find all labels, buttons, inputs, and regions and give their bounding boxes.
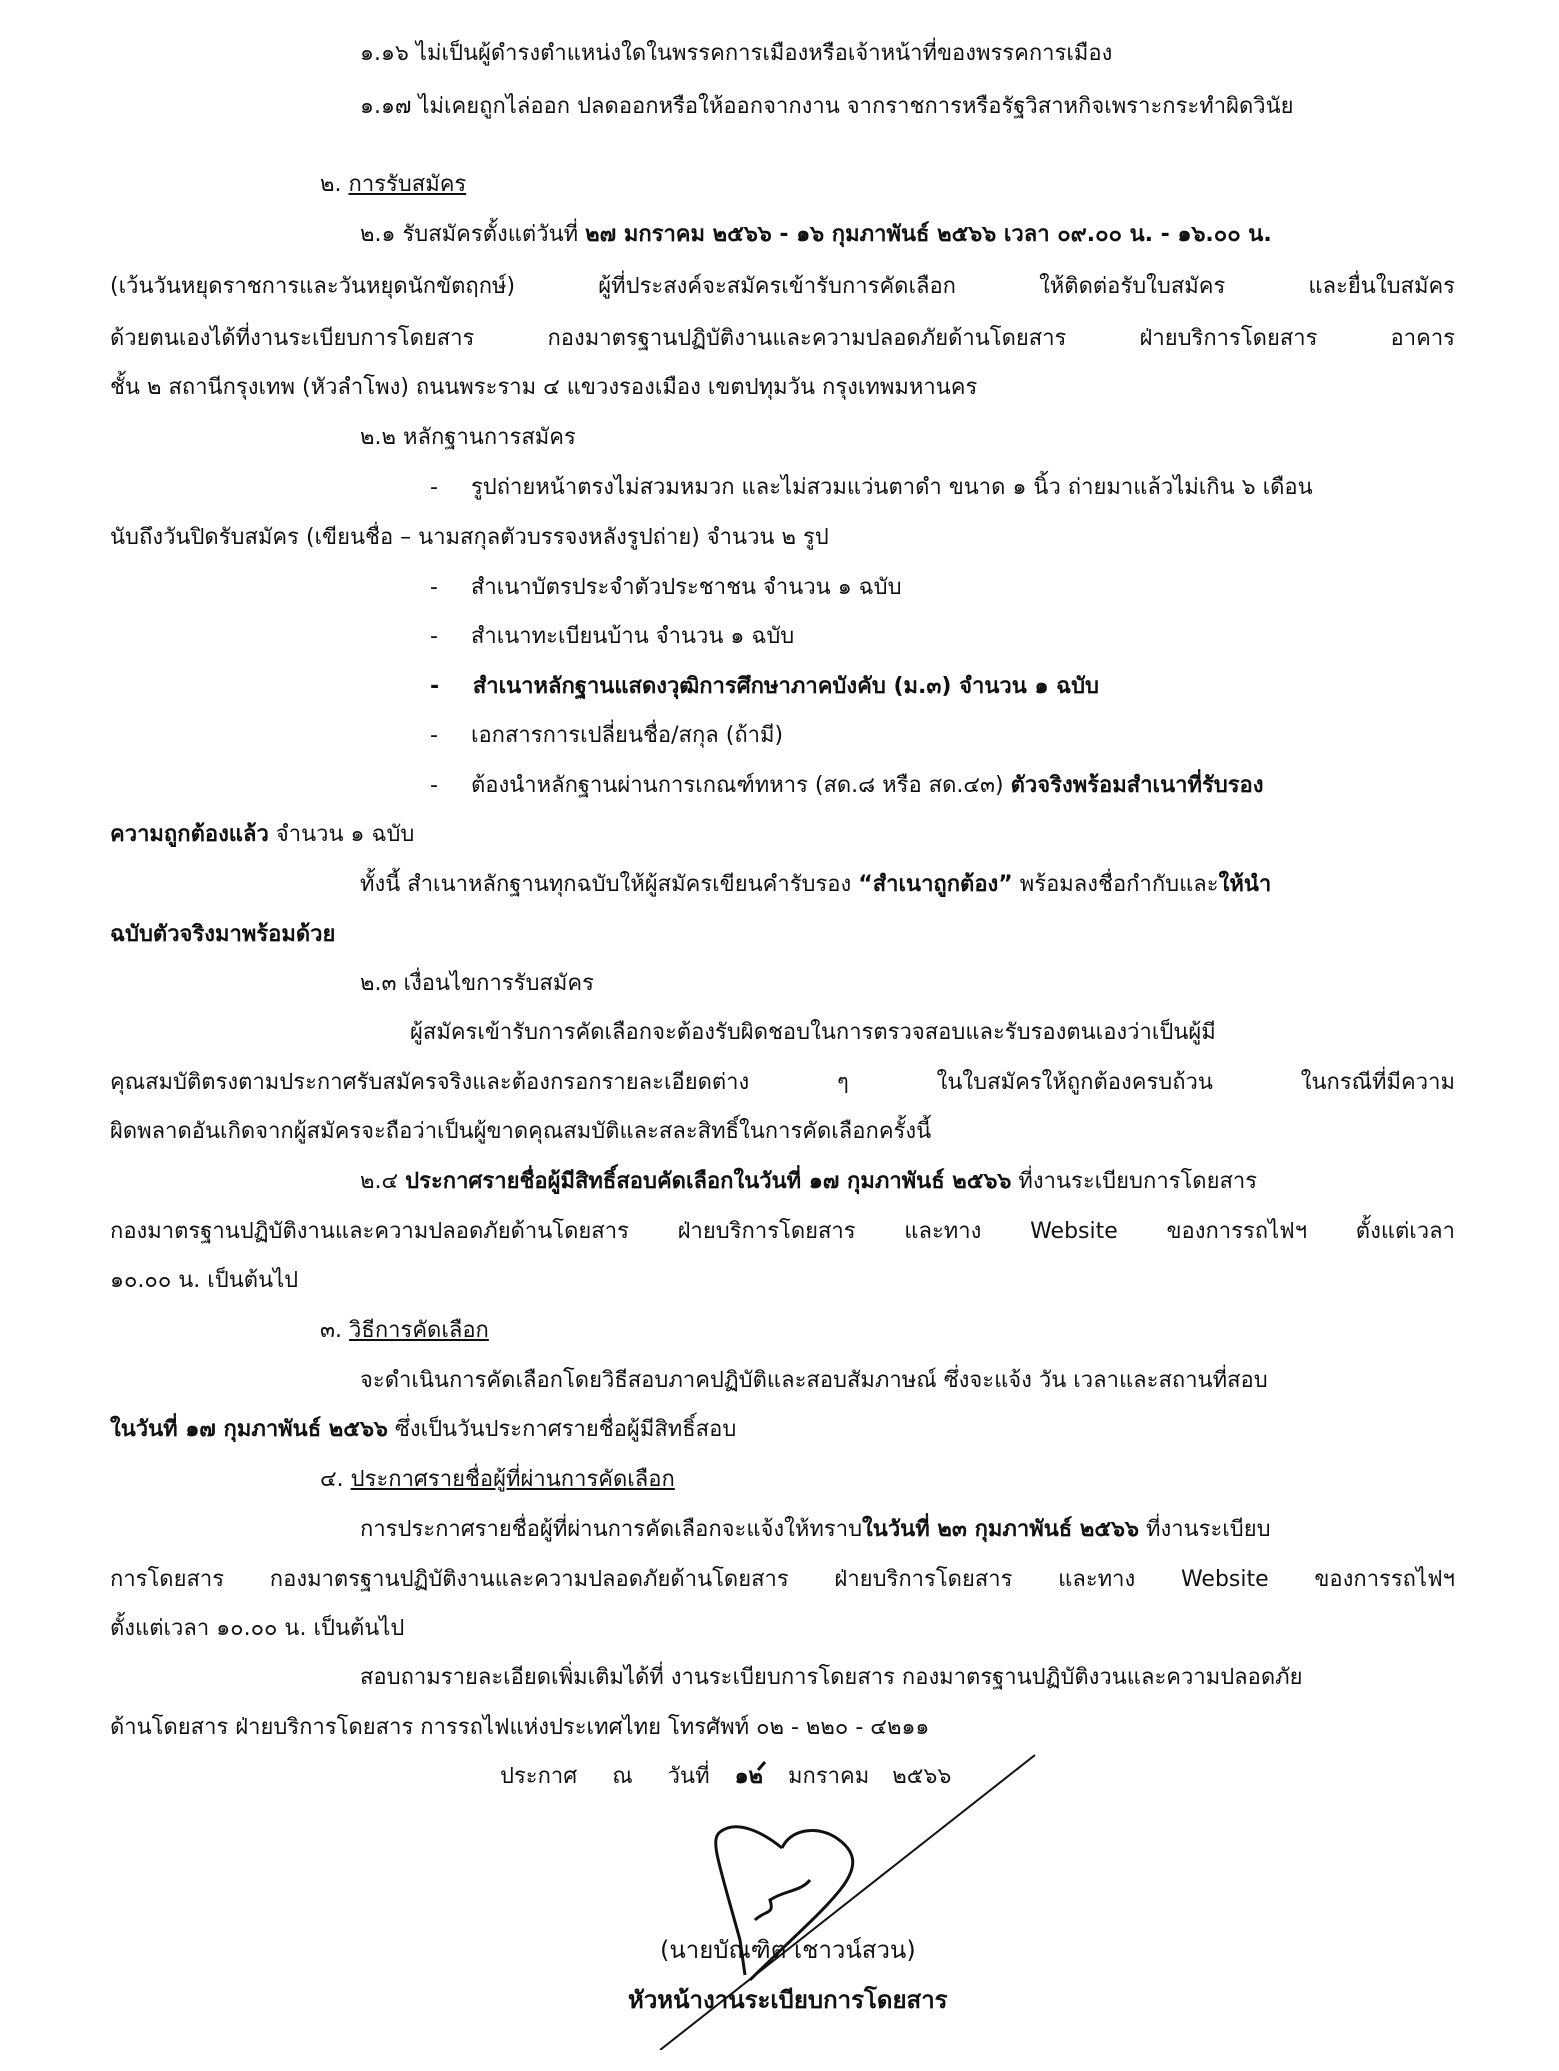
announcement-date: ประกาศรายชื่อผู้มีสิทธิ์สอบคัดเลือกในวัน…: [405, 1169, 1011, 1194]
exam-date: ในวันที่ ๑๗ กุมภาพันธ์ ๒๕๖๖: [110, 1417, 388, 1442]
section-number: ๓.: [320, 1318, 342, 1343]
bullet-name-change: - เอกสารการเปลี่ยนชื่อ/สกุล (ถ้ามี): [430, 716, 783, 756]
clause-2-1-line-2: (เว้นวันหยุดราชการและวันหยุดนักขัตฤกษ์) …: [110, 267, 1455, 307]
announce-at: ณ: [612, 1764, 632, 1789]
clause-2-3-heading: ๒.๓ เงื่อนไขการรับสมัคร: [360, 964, 594, 1004]
section-3-heading: ๓. วิธีการคัดเลือก: [320, 1311, 489, 1351]
note-text: พร้อมลงชื่อกำกับและ: [1020, 872, 1219, 897]
bullet-education: - สำเนาหลักฐานแสดงวุฒิการศึกษาภาคบังคับ …: [430, 667, 1099, 707]
item-text: ไม่เคยถูกไล่ออก ปลดออกหรือให้ออกจากงาน จ…: [418, 94, 1293, 119]
clause-title: หลักฐานการสมัคร: [403, 425, 576, 450]
item-1-16: ๑.๑๖ ไม่เป็นผู้ดำรงตำแหน่งใดในพรรคการเมื…: [360, 34, 1112, 74]
note-line-1: ทั้งนี้ สำเนาหลักฐานทุกฉบับให้ผู้สมัครเข…: [360, 865, 1271, 905]
bullet-photo: - รูปถ่ายหน้าตรงไม่สวมหมวก และไม่สวมแว่น…: [430, 468, 1313, 508]
note-text-bold: ให้นำ: [1219, 872, 1272, 897]
bullet-text: จำนวน ๑ ฉบับ: [276, 822, 415, 847]
contact-line-1: สอบถามรายละเอียดเพิ่มเติมได้ที่ งานระเบี…: [360, 1658, 1303, 1698]
clause-text: รับสมัครตั้งแต่วันที่: [402, 222, 578, 247]
signatory-position: หัวหน้างานระเบียบการโดยสาร: [628, 1980, 948, 2020]
section-title: การรับสมัคร: [349, 172, 467, 197]
bullet-military: - ต้องนำหลักฐานผ่านการเกณฑ์ทหาร (สด.๘ หร…: [430, 766, 1264, 806]
section-number: ๒.: [320, 172, 342, 197]
clause-2-3-line-3: ผิดพลาดอันเกิดจากผู้สมัครจะถือว่าเป็นผู้…: [110, 1112, 931, 1152]
bullet-dash: -: [430, 475, 438, 500]
item-text: ไม่เป็นผู้ดำรงตำแหน่งใดในพรรคการเมืองหรื…: [416, 41, 1112, 66]
section-title: ประกาศรายชื่อผู้ที่ผ่านการคัดเลือก: [351, 1467, 675, 1492]
clause-2-1-line-4: ชั้น ๒ สถานีกรุงเทพ (หัวลำโพง) ถนนพระราม…: [110, 368, 977, 408]
clause-title: เงื่อนไขการรับสมัคร: [404, 971, 594, 996]
document-page: ๑.๑๖ ไม่เป็นผู้ดำรงตำแหน่งใดในพรรคการเมื…: [0, 0, 1559, 2071]
bullet-text: สำเนาบัตรประจำตัวประชาชน จำนวน ๑ ฉบับ: [471, 575, 902, 600]
clause-number: ๒.๒: [360, 425, 396, 450]
item-number: ๑.๑๖: [360, 41, 409, 66]
section-3-line-1: จะดำเนินการคัดเลือกโดยวิธีสอบภาคปฏิบัติแ…: [360, 1361, 1268, 1401]
note-text: ทั้งนี้ สำเนาหลักฐานทุกฉบับให้ผู้สมัครเข…: [360, 872, 851, 897]
clause-2-1-line-1: ๒.๑ รับสมัครตั้งแต่วันที่ ๒๗ มกราคม ๒๕๖๖…: [360, 215, 1272, 255]
section-text: ซึ่งเป็นวันประกาศรายชื่อผู้มีสิทธิ์สอบ: [395, 1417, 736, 1442]
bullet-dash: -: [430, 773, 438, 798]
bullet-text-bold: ความถูกต้องแล้ว: [110, 822, 269, 847]
clause-2-4-line-2: กองมาตรฐานปฏิบัติงานและความปลอดภัยด้านโด…: [110, 1212, 1455, 1252]
bullet-text: รูปถ่ายหน้าตรงไม่สวมหมวก และไม่สวมแว่นตา…: [471, 475, 1313, 500]
result-date: ในวันที่ ๒๓ กุมภาพันธ์ ๒๕๖๖: [862, 1517, 1139, 1542]
clause-number: ๒.๑: [360, 222, 395, 247]
clause-2-2-heading: ๒.๒ หลักฐานการสมัคร: [360, 418, 576, 458]
bullet-text: สำเนาหลักฐานแสดงวุฒิการศึกษาภาคบังคับ (ม…: [473, 674, 1099, 699]
section-number: ๔.: [320, 1467, 344, 1492]
bullet-military-line-2: ความถูกต้องแล้ว จำนวน ๑ ฉบับ: [110, 815, 414, 855]
clause-number: ๒.๔: [360, 1169, 398, 1194]
announce-label: ประกาศ: [500, 1764, 577, 1789]
clause-2-1-line-3: ด้วยตนเองได้ที่งานระเบียบการโดยสาร กองมา…: [110, 319, 1455, 359]
bullet-text-bold: ตัวจริงพร้อมสำเนาที่รับรอง: [1011, 773, 1264, 798]
bullet-id-card: - สำเนาบัตรประจำตัวประชาชน จำนวน ๑ ฉบับ: [430, 568, 902, 608]
clause-2-4-line-3: ๑๐.๐๐ น. เป็นต้นไป: [110, 1261, 298, 1301]
bullet-dash: -: [430, 624, 438, 649]
item-1-17: ๑.๑๗ ไม่เคยถูกไล่ออก ปลดออกหรือให้ออกจาก…: [360, 87, 1294, 127]
note-line-2: ฉบับตัวจริงมาพร้อมด้วย: [110, 915, 335, 955]
clause-2-3-line-2: คุณสมบัติตรงตามประกาศรับสมัครจริงและต้อง…: [110, 1063, 1455, 1103]
section-2-heading: ๒. การรับสมัคร: [320, 165, 466, 205]
bullet-text: ต้องนำหลักฐานผ่านการเกณฑ์ทหาร (สด.๘ หรือ…: [471, 773, 1004, 798]
section-title: วิธีการคัดเลือก: [349, 1318, 489, 1343]
clause-text: ที่งานระเบียบการโดยสาร: [1018, 1169, 1257, 1194]
signatory-name: (นายบัณฑิต เชาวน์สวน): [660, 1930, 916, 1970]
bullet-dash: -: [430, 674, 439, 699]
clause-number: ๒.๓: [360, 971, 397, 996]
bullet-photo-line-2: นับถึงวันปิดรับสมัคร (เขียนชื่อ – นามสกุ…: [110, 518, 829, 558]
section-4-line-3: ตั้งแต่เวลา ๑๐.๐๐ น. เป็นต้นไป: [110, 1609, 404, 1649]
section-4-line-1: การประกาศรายชื่อผู้ที่ผ่านการคัดเลือกจะแ…: [360, 1510, 1271, 1550]
bullet-dash: -: [430, 723, 438, 748]
application-period: ๒๗ มกราคม ๒๕๖๖ - ๑๖ กุมภาพันธ์ ๒๕๖๖ เวลา…: [585, 222, 1272, 247]
bullet-dash: -: [430, 575, 438, 600]
clause-2-4-line-1: ๒.๔ ประกาศรายชื่อผู้มีสิทธิ์สอบคัดเลือกใ…: [360, 1162, 1257, 1202]
bullet-house-registration: - สำเนาทะเบียนบ้าน จำนวน ๑ ฉบับ: [430, 617, 794, 657]
bullet-text: เอกสารการเปลี่ยนชื่อ/สกุล (ถ้ามี): [471, 723, 783, 748]
section-text: การประกาศรายชื่อผู้ที่ผ่านการคัดเลือกจะแ…: [360, 1517, 862, 1542]
bullet-text: สำเนาทะเบียนบ้าน จำนวน ๑ ฉบับ: [471, 624, 794, 649]
note-quote: “สำเนาถูกต้อง”: [858, 872, 1013, 897]
section-4-line-2: การโดยสาร กองมาตรฐานปฏิบัติงานและความปลอ…: [110, 1560, 1455, 1600]
clause-2-3-line-1: ผู้สมัครเข้ารับการคัดเลือกจะต้องรับผิดชอ…: [410, 1013, 1216, 1053]
item-number: ๑.๑๗: [360, 94, 411, 119]
section-3-line-2: ในวันที่ ๑๗ กุมภาพันธ์ ๒๕๖๖ ซึ่งเป็นวันป…: [110, 1410, 736, 1450]
section-4-heading: ๔. ประกาศรายชื่อผู้ที่ผ่านการคัดเลือก: [320, 1460, 675, 1500]
section-text: ที่งานระเบียบ: [1146, 1517, 1271, 1542]
